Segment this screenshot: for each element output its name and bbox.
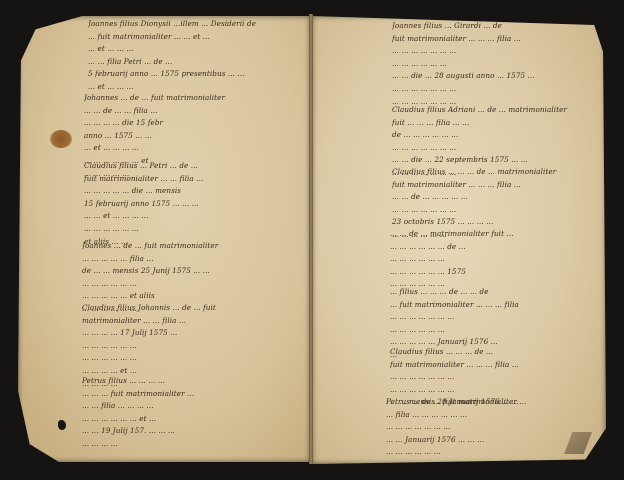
text-line: Joannes filius ... Girardi ... de xyxy=(392,20,604,33)
text-line: 15 februarij anno 1575 ... ... ... xyxy=(84,198,306,211)
text-line: Petrus filius ... ... ... ... xyxy=(82,375,306,388)
text-line: ... ... ... ... 17 Julij 1575 ... xyxy=(82,327,306,340)
text-line: ... filia ... ... ... ... ... ... xyxy=(386,409,600,422)
right-entry-1: Joannes filius ... Girardi ... de fuit m… xyxy=(392,20,604,108)
text-line: ... ... ... ... ... ... ... xyxy=(386,421,600,434)
text-line: ... filius ... ... ... de ... ... de xyxy=(390,286,604,299)
text-line: Joannes filius Dionysii ...illem ... Des… xyxy=(88,18,308,31)
text-line: Petrus ... de ... fuit matrimonialiter .… xyxy=(386,396,600,409)
text-line: ... ... ... ... ... ... xyxy=(82,352,306,365)
text-line: fuit matrimonialiter ... ... ... filia .… xyxy=(392,33,604,46)
text-line: Joannes ... de ... fuit matrimonialiter xyxy=(82,240,306,253)
text-line: fuit matrimonialiter ... ... ... filia .… xyxy=(392,179,604,192)
text-line: ... ... ... ... ... ... ... xyxy=(392,204,604,217)
text-line: ... ... ... ... ... ... ... xyxy=(390,384,604,397)
text-line: Claudius filius ... Petri ... de ... xyxy=(84,160,306,173)
text-line: 5 februarij anno ... 1575 presentibus ..… xyxy=(88,68,308,81)
text-line: ... ... ... ... xyxy=(82,438,306,451)
text-line: ... ... ... ... ... ... ... xyxy=(392,45,604,58)
text-line: ... ... ... ... ... die ... mensis xyxy=(84,185,306,198)
right-entry-4: ... ... de ... matrimonialiter fuit ... … xyxy=(390,228,604,291)
text-line: ... ... filia Petri ... de ... xyxy=(88,56,308,69)
book-spine-gutter xyxy=(309,14,313,464)
text-line: ... ... ... ... ... ... xyxy=(82,340,306,353)
ink-stain xyxy=(50,130,72,148)
text-line: ... ... ... ... ... ... 1575 xyxy=(390,266,604,279)
text-line: ... ... ... ... ... ... de ... xyxy=(390,241,604,254)
text-line: ... ... ... ... ... ... et ... xyxy=(82,413,306,426)
right-entry-7: Petrus ... de ... fuit matrimonialiter .… xyxy=(386,396,600,459)
text-line: Claudius filius ... ... ... de ... xyxy=(390,346,604,359)
text-line: ... ... Januarij 1576 ... ... ... xyxy=(386,434,600,447)
text-line: ... ... die ... 28 augusti anno ... 1575… xyxy=(392,70,604,83)
text-line: ... fuit matrimonialiter ... ... et ... xyxy=(88,31,308,44)
text-line: ... ... ... ... ... ... ... xyxy=(392,142,604,155)
left-entry-1: Joannes filius Dionysii ...illem ... Des… xyxy=(88,18,308,94)
text-line: ... ... ... ... ... ... xyxy=(390,253,604,266)
text-line: Johannes ... de ... fuit matrimonialiter xyxy=(84,92,306,105)
text-line: Claudius filius Adriani ... de ... matri… xyxy=(392,104,604,117)
text-line: ... ... 19 Julij 157. ... ... ... xyxy=(82,425,306,438)
text-line: fuit ... ... ... filia ... ... xyxy=(392,117,604,130)
text-line: de ... ... ... ... ... ... xyxy=(392,129,604,142)
text-line: ... ... et ... ... ... ... xyxy=(84,210,306,223)
text-line: ... et ... ... ... xyxy=(88,43,308,56)
left-entry-3: Claudius filius ... Petri ... de ... fui… xyxy=(84,160,306,248)
text-line: ... ... ... fuit matrimonialiter ... xyxy=(82,388,306,401)
text-line: ... ... ... ... ... ... xyxy=(386,446,600,459)
text-line: ... ... ... ... ... ... ... xyxy=(392,83,604,96)
text-line: ... ... ... ... ... ... ... xyxy=(390,371,604,384)
text-line: Claudius filius ... ... ... de ... matri… xyxy=(392,166,604,179)
left-entry-6: Petrus filius ... ... ... ... ... ... ..… xyxy=(82,375,306,451)
text-line: ... ... ... ... ... ... xyxy=(84,223,306,236)
text-line: ... fuit matrimonialiter ... ... ... fil… xyxy=(390,299,604,312)
text-line: ... ... de ... ... ... ... ... xyxy=(392,191,604,204)
text-line: ... et ... ... ... ... xyxy=(84,142,306,155)
text-line: ... ... ... ... ... ... xyxy=(390,324,604,337)
text-line: ... ... ... ... ... filia ... xyxy=(82,253,306,266)
text-line: ... ... de ... ... filia ... xyxy=(84,105,306,118)
text-line: Claudius filius Johannis ... de ... fuit xyxy=(82,302,306,315)
text-line: fuit matrimonialiter ... ... ... filia .… xyxy=(390,359,604,372)
text-line: ... ... filia ... ... ... ... xyxy=(82,400,306,413)
torn-hole xyxy=(58,420,66,430)
text-line: ... ... ... ... ... ... ... xyxy=(390,311,604,324)
text-line: anno ... 1575 ... ... xyxy=(84,130,306,143)
text-line: ... ... ... ... ... ... xyxy=(392,58,604,71)
text-line: ... ... ... ... ... ... xyxy=(82,278,306,291)
text-line: ... ... de ... matrimonialiter fuit ... xyxy=(390,228,604,241)
text-line: fuit matrimonialiter ... ... filia ... xyxy=(84,173,306,186)
text-line: de ... ... mensis 25 Junij 1575 ... ... xyxy=(82,265,306,278)
text-line: matrimonialiter ... ... filia ... xyxy=(82,315,306,328)
text-line: ... ... ... ... die 15 febr xyxy=(84,117,306,130)
